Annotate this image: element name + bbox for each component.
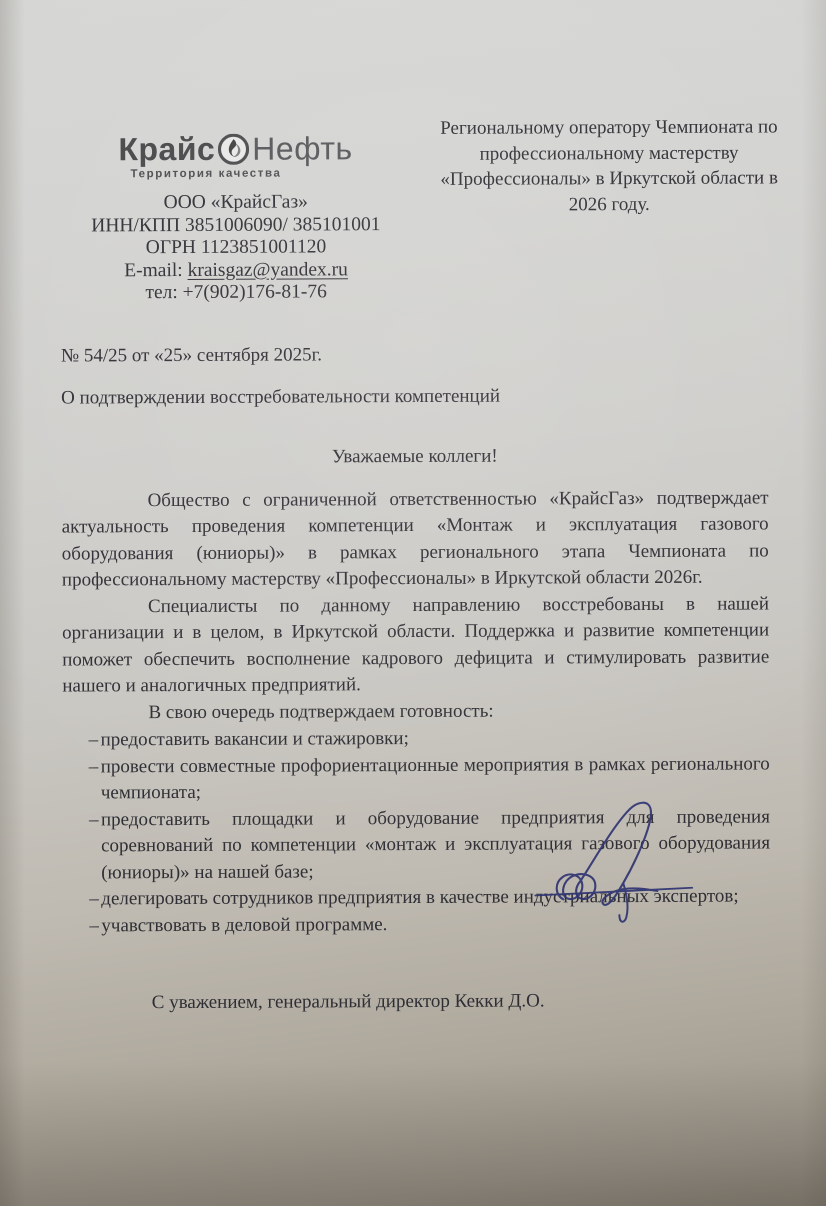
list-item: – предоставить вакансии и стажировки;: [63, 724, 770, 754]
dash-marker: –: [63, 886, 101, 913]
salutation: Уважаемые коллеги!: [61, 442, 768, 472]
subject-line: О подтверждении восстребовательности ком…: [61, 386, 500, 410]
paragraph-3: В свою очередь подтверждаем готовность:: [62, 697, 769, 727]
dash-marker: –: [63, 807, 101, 887]
scanned-letter-page: Крайс Нефть Территория качества ООО «Кра…: [0, 0, 826, 1206]
paragraph-1: Общество с ограниченной ответственностью…: [61, 485, 768, 594]
paragraph-2: Специалисты по данному направлению восст…: [62, 591, 769, 700]
reference-number: № 54/25 от «25» сентября 2025г.: [61, 344, 322, 367]
closing-line: С уважением, генеральный директор Кекки …: [152, 987, 771, 1016]
dash-marker: –: [63, 754, 101, 807]
logo-tagline: Территория качества: [130, 167, 352, 180]
company-details: ООО «КрайсГаз» ИНН/КПП 3851006090/ 38510…: [53, 191, 418, 305]
company-logo: Крайс Нефть Территория качества: [118, 132, 352, 180]
company-email: kraisgaz@yandex.ru: [187, 259, 347, 281]
recipient-block: Региональному оператору Чемпионата по пр…: [435, 114, 783, 218]
dash-marker: –: [63, 727, 101, 754]
logo-text-neft: Нефть: [252, 132, 352, 164]
logo-text-krais: Крайс: [118, 133, 215, 165]
email-label: E-mail:: [124, 259, 187, 280]
company-inn-kpp: ИНН/КПП 3851006090/ 385101001: [53, 213, 418, 237]
company-ogrn: ОГРН 1123851001120: [53, 236, 418, 260]
handwritten-signature: [529, 791, 700, 937]
company-phone: тел: +7(902)176-81-76: [54, 281, 419, 305]
dash-marker: –: [63, 913, 101, 940]
oil-drop-logo-icon: [218, 133, 249, 164]
company-name: ООО «КрайсГаз»: [53, 191, 418, 215]
letterhead: Крайс Нефть Территория качества ООО «Кра…: [53, 132, 419, 305]
company-email-line: E-mail: kraisgaz@yandex.ru: [54, 258, 419, 282]
